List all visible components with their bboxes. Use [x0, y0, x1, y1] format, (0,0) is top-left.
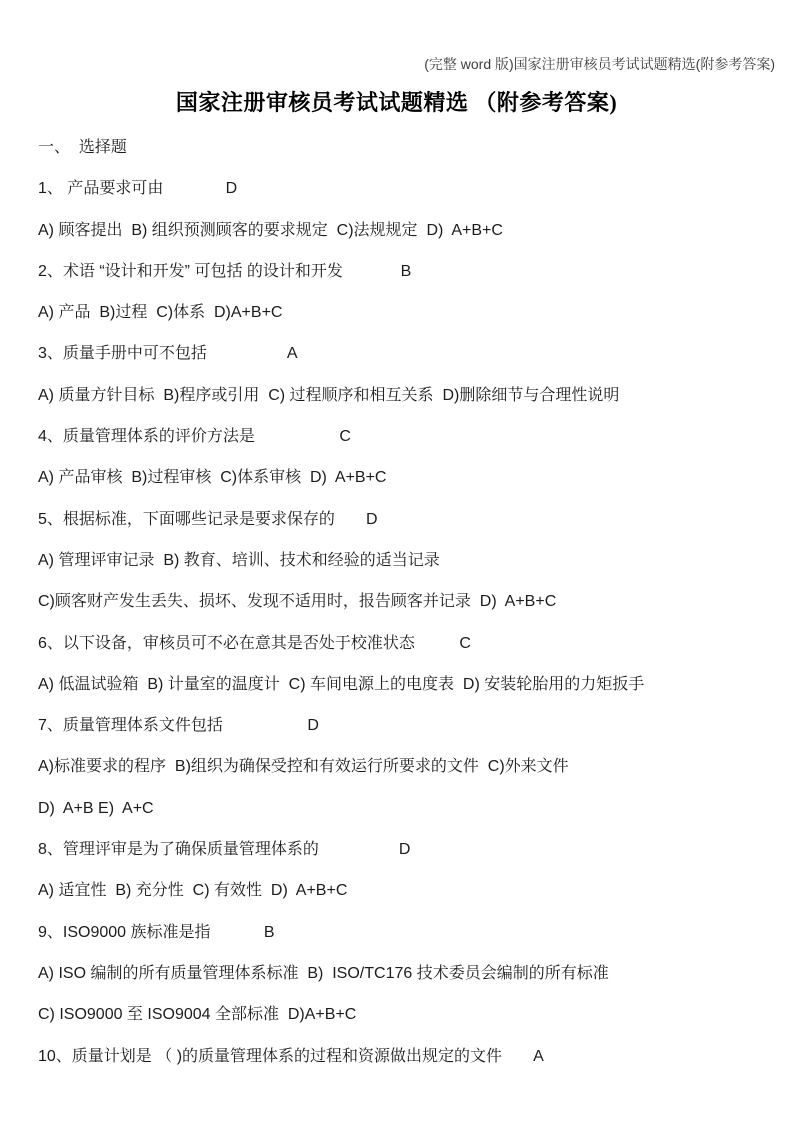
document-body: 一、 选择题 1、 产品要求可由 D A) 顾客提出 B) 组织预测顾客的要求规…	[38, 127, 783, 1077]
options-line-6: A) 低温试验箱 B) 计量室的温度计 C) 车间电源上的电度表 D) 安装轮胎…	[38, 664, 783, 705]
options-line-1: A) 顾客提出 B) 组织预测顾客的要求规定 C)法规规定 D) A+B+C	[38, 210, 783, 251]
options-line-3: A) 质量方针目标 B)程序或引用 C) 过程顺序和相互关系 D)删除细节与合理…	[38, 375, 783, 416]
question-line-6: 6、以下设备，审核员可不必在意其是否处于校准状态 C	[38, 623, 783, 664]
question-line-2: 2、术语 “设计和开发” 可包括 的设计和开发 B	[38, 251, 783, 292]
options-line-2: A) 产品 B)过程 C)体系 D)A+B+C	[38, 292, 783, 333]
question-line-5: 5、根据标准，下面哪些记录是要求保存的 D	[38, 499, 783, 540]
question-line-4: 4、质量管理体系的评价方法是 C	[38, 416, 783, 457]
options-line-8: A) 适宜性 B) 充分性 C) 有效性 D) A+B+C	[38, 870, 783, 911]
question-line-9: 9、ISO9000 族标准是指 B	[38, 912, 783, 953]
options-line-5a: A) 管理评审记录 B) 教育、培训、技术和经验的适当记录	[38, 540, 783, 581]
running-header: (完整 word 版)国家注册审核员考试试题精选(附参考答案)	[424, 54, 775, 74]
options-line-7a: A)标准要求的程序 B)组织为确保受控和有效运行所要求的文件 C)外来文件	[38, 746, 783, 787]
document-page: (完整 word 版)国家注册审核员考试试题精选(附参考答案) 国家注册审核员考…	[0, 0, 793, 1122]
options-line-7b: D) A+B E) A+C	[38, 788, 783, 829]
options-line-4: A) 产品审核 B)过程审核 C)体系审核 D) A+B+C	[38, 457, 783, 498]
question-line-1: 1、 产品要求可由 D	[38, 168, 783, 209]
question-line-3: 3、质量手册中可不包括 A	[38, 333, 783, 374]
question-line-7: 7、质量管理体系文件包括 D	[38, 705, 783, 746]
options-line-9a: A) ISO 编制的所有质量管理体系标准 B) ISO/TC176 技术委员会编…	[38, 953, 783, 994]
section-heading: 一、 选择题	[38, 127, 783, 168]
question-line-8: 8、管理评审是为了确保质量管理体系的 D	[38, 829, 783, 870]
options-line-5b: C)顾客财产发生丢失、损坏、发现不适用时，报告顾客并记录 D) A+B+C	[38, 581, 783, 622]
options-line-9b: C) ISO9000 至 ISO9004 全部标准 D)A+B+C	[38, 994, 783, 1035]
question-line-10: 10、质量计划是 （ )的质量管理体系的过程和资源做出规定的文件 A	[38, 1036, 783, 1077]
page-title: 国家注册审核员考试试题精选 （附参考答案)	[0, 86, 793, 117]
